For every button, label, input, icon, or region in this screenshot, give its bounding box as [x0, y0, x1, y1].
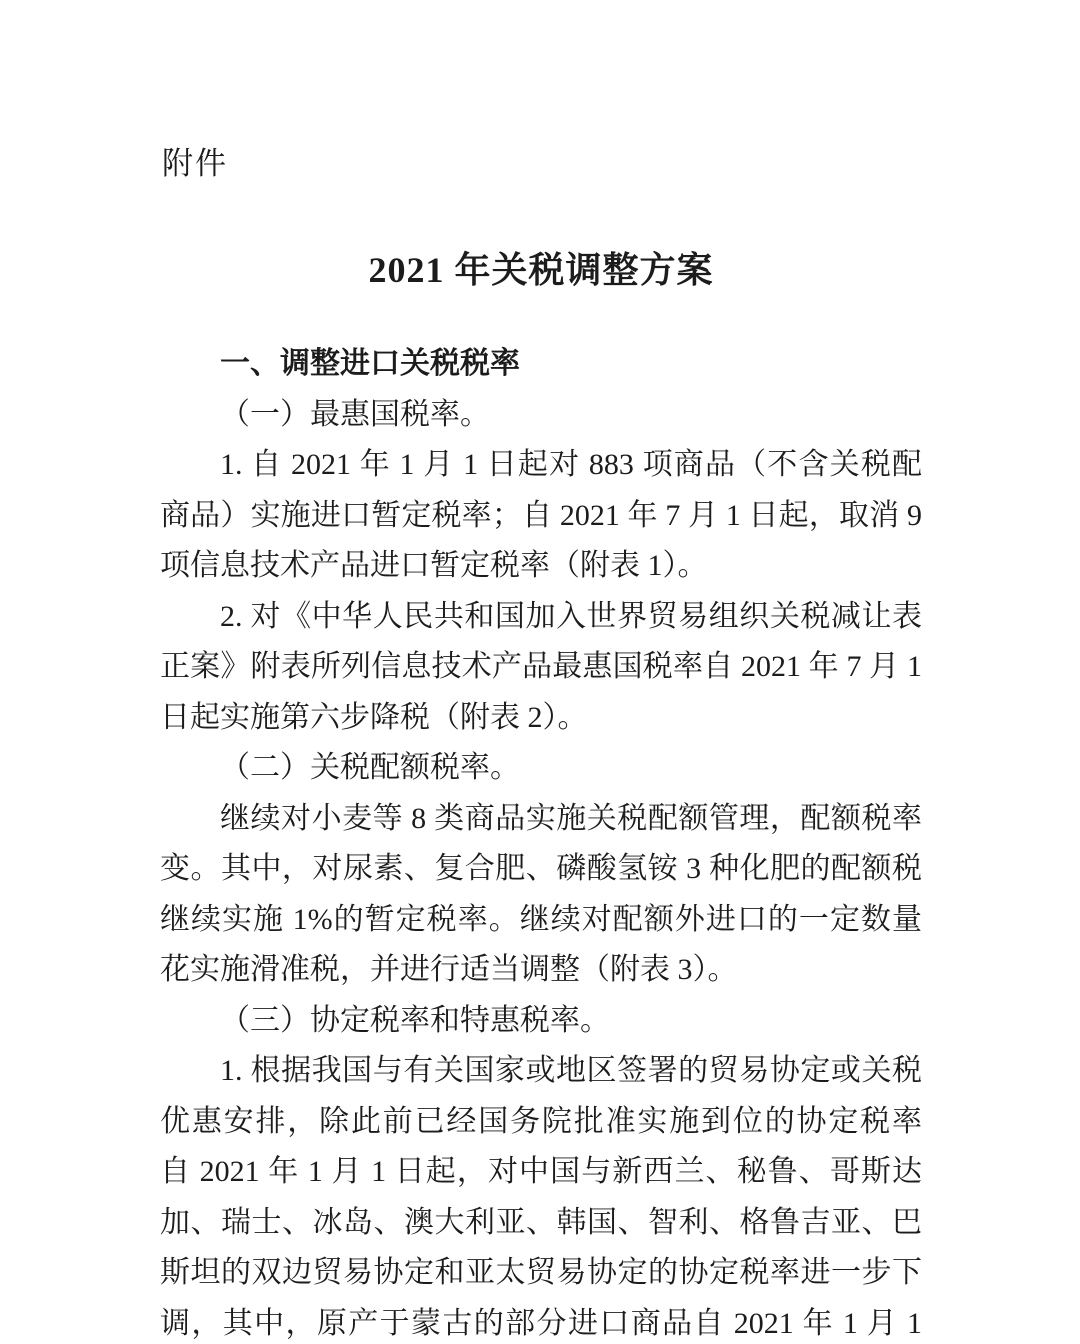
text-line: 调，其中，原产于蒙古的部分进口商品自 2021 年 1 月 1 日 [160, 1299, 922, 1344]
subsection-heading: （一）最惠国税率。 [160, 390, 922, 441]
text-line: 1. 根据我国与有关国家或地区签署的贸易协定或关税 [160, 1046, 922, 1097]
text-line: 加、瑞士、冰岛、澳大利亚、韩国、智利、格鲁吉亚、巴基 [160, 1198, 922, 1249]
text-line: 斯坦的双边贸易协定和亚太贸易协定的协定税率进一步下 [160, 1248, 922, 1299]
subsection-heading: （三）协定税率和特惠税率。 [160, 996, 922, 1047]
document-page: 附件 2021 年关税调整方案 一、调整进口关税税率 （一）最惠国税率。 1. … [0, 0, 1080, 1344]
section-heading: 一、调整进口关税税率 [160, 339, 922, 390]
subsection-heading: （二）关税配额税率。 [160, 743, 922, 794]
text-line: 花实施滑准税，并进行适当调整（附表 3）。 [160, 945, 922, 996]
text-line: 项信息技术产品进口暂定税率（附表 1）。 [160, 541, 922, 592]
text-line: 继续实施 1%的暂定税率。继续对配额外进口的一定数量棉 [160, 895, 922, 946]
text-line: 自 2021 年 1 月 1 日起，对中国与新西兰、秘鲁、哥斯达黎 [160, 1147, 922, 1198]
attachment-label: 附件 [162, 138, 228, 183]
text-line: 2. 对《中华人民共和国加入世界贸易组织关税减让表修 [160, 592, 922, 643]
text-line: 日起实施第六步降税（附表 2）。 [160, 693, 922, 744]
text-line: 商品）实施进口暂定税率；自 2021 年 7 月 1 日起，取消 9 [160, 491, 922, 542]
document-title: 2021 年关税调整方案 [160, 242, 922, 293]
text-line: 优惠安排，除此前已经国务院批准实施到位的协定税率外， [160, 1097, 922, 1148]
text-line: 正案》附表所列信息技术产品最惠国税率自 2021 年 7 月 1 [160, 642, 922, 693]
text-line: 继续对小麦等 8 类商品实施关税配额管理，配额税率不 [160, 794, 922, 845]
text-line: 1. 自 2021 年 1 月 1 日起对 883 项商品（不含关税配额 [160, 440, 922, 491]
text-line: 变。其中，对尿素、复合肥、磷酸氢铵 3 种化肥的配额税率 [160, 844, 922, 895]
document-body: 一、调整进口关税税率 （一）最惠国税率。 1. 自 2021 年 1 月 1 日… [160, 339, 922, 1344]
